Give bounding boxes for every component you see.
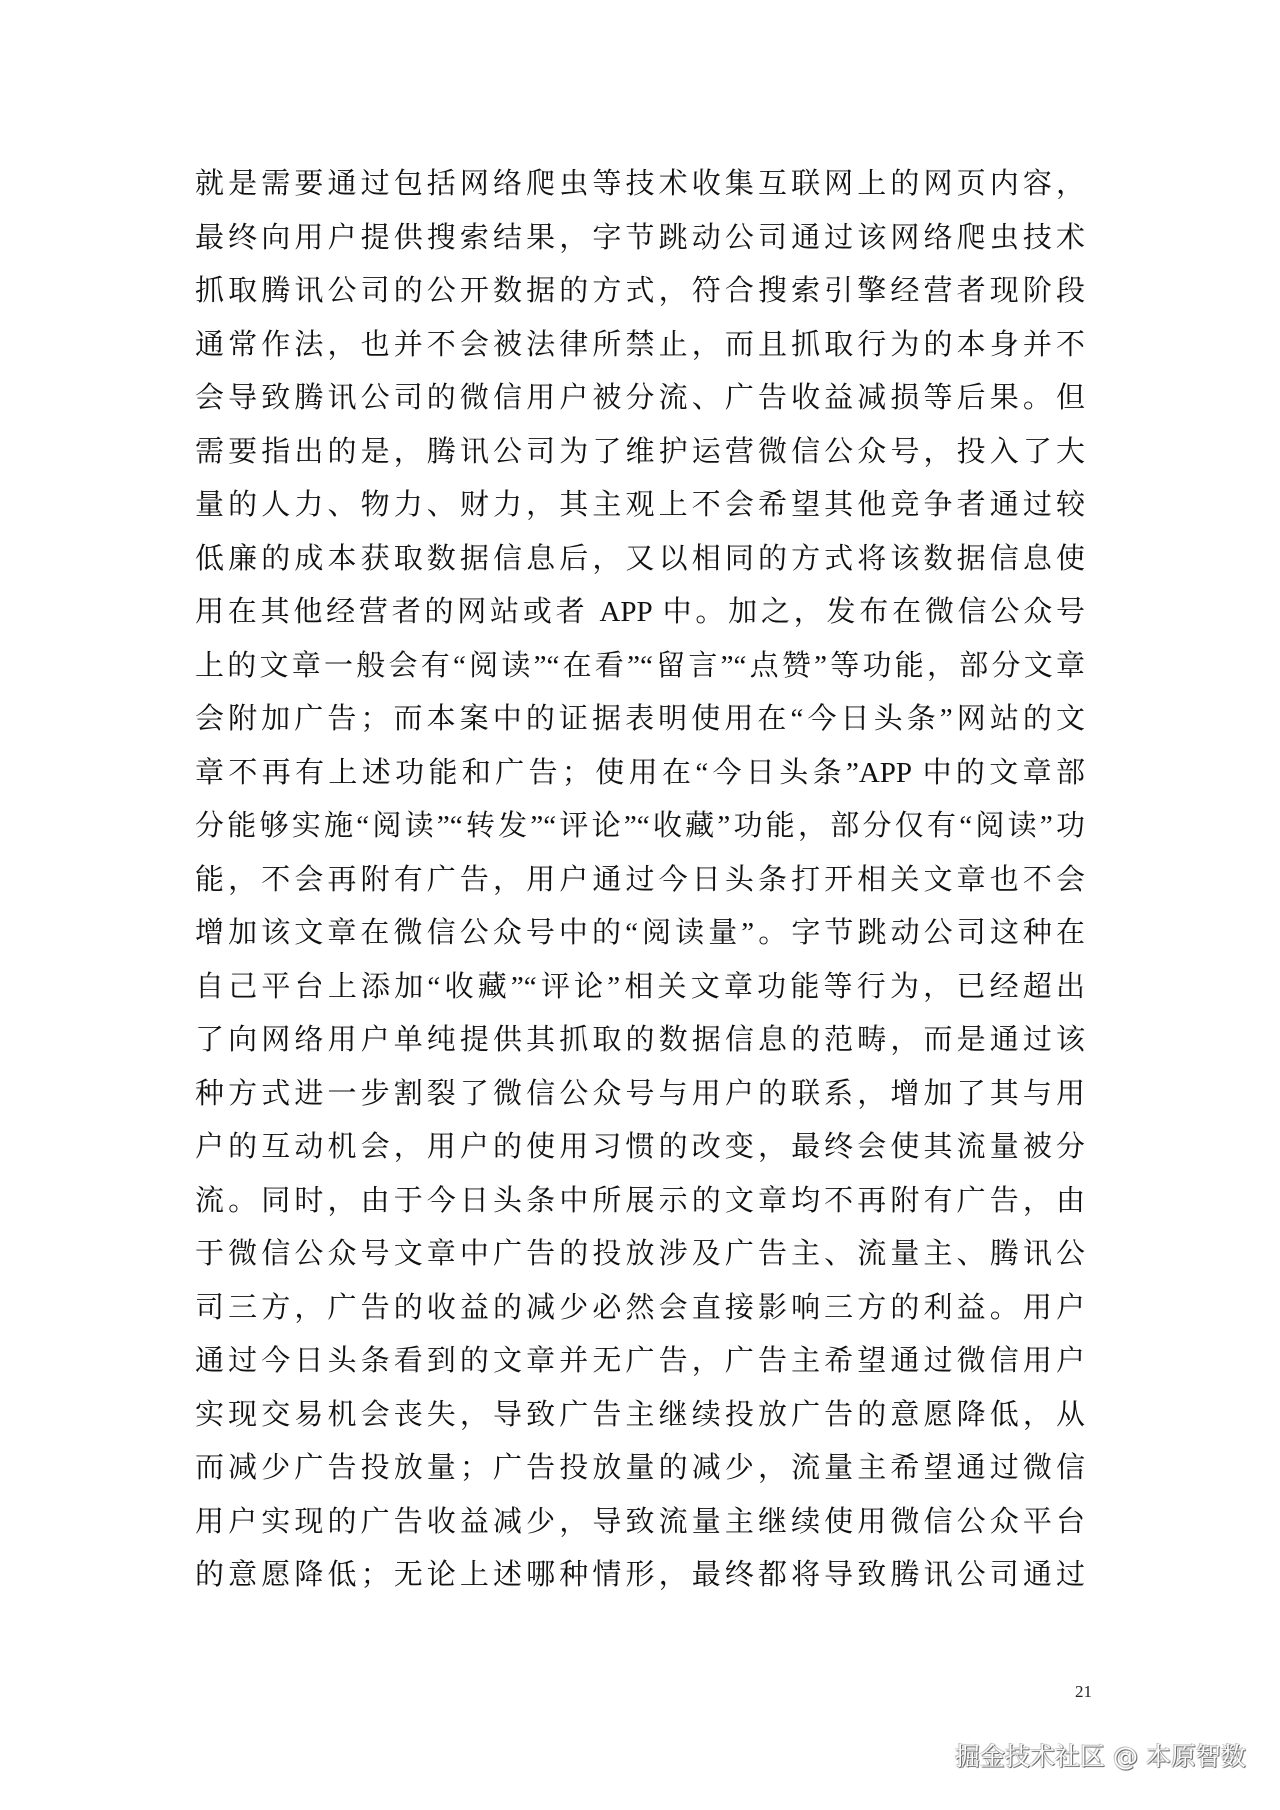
text-line: 户的互动机会，用户的使用习惯的改变，最终会使其流量被分 <box>195 1121 1085 1175</box>
text-line: 于微信公众号文章中广告的投放涉及广告主、流量主、腾讯公 <box>195 1228 1085 1282</box>
text-line: 抓取腾讯公司的公开数据的方式，符合搜索引擎经营者现阶段 <box>195 265 1085 319</box>
text-line: 用在其他经营者的网站或者 APP 中。加之，发布在微信公众号 <box>195 586 1085 640</box>
text-line: 低廉的成本获取数据信息后，又以相同的方式将该数据信息使 <box>195 533 1085 587</box>
text-line: 自己平台上添加“收藏”“评论”相关文章功能等行为，已经超出 <box>195 961 1085 1015</box>
text-line: 需要指出的是，腾讯公司为了维护运营微信公众号，投入了大 <box>195 426 1085 480</box>
text-line: 增加该文章在微信公众号中的“阅读量”。字节跳动公司这种在 <box>195 907 1085 961</box>
watermark: 掘金技术社区 @ 本原智数 <box>955 1740 1246 1774</box>
text-line: 司三方，广告的收益的减少必然会直接影响三方的利益。用户 <box>195 1282 1085 1336</box>
text-line: 量的人力、物力、财力，其主观上不会希望其他竞争者通过较 <box>195 479 1085 533</box>
text-line: 分能够实施“阅读”“转发”“评论”“收藏”功能，部分仅有“阅读”功 <box>195 800 1085 854</box>
text-line: 了向网络用户单纯提供其抓取的数据信息的范畴，而是通过该 <box>195 1014 1085 1068</box>
text-line: 实现交易机会丧失，导致广告主继续投放广告的意愿降低，从 <box>195 1389 1085 1443</box>
text-line: 用户实现的广告收益减少，导致流量主继续使用微信公众平台 <box>195 1496 1085 1550</box>
text-line: 流。同时，由于今日头条中所展示的文章均不再附有广告，由 <box>195 1175 1085 1229</box>
text-line: 通过今日头条看到的文章并无广告，广告主希望通过微信用户 <box>195 1335 1085 1389</box>
text-line: 而减少广告投放量；广告投放量的减少，流量主希望通过微信 <box>195 1442 1085 1496</box>
document-page: 就是需要通过包括网络爬虫等技术收集互联网上的网页内容， 最终向用户提供搜索结果，… <box>0 0 1280 1810</box>
text-line: 章不再有上述功能和广告；使用在“今日头条”APP 中的文章部 <box>195 747 1085 801</box>
text-line: 能，不会再附有广告，用户通过今日头条打开相关文章也不会 <box>195 854 1085 908</box>
text-line: 就是需要通过包括网络爬虫等技术收集互联网上的网页内容， <box>195 158 1085 212</box>
text-line: 上的文章一般会有“阅读”“在看”“留言”“点赞”等功能，部分文章 <box>195 640 1085 694</box>
text-line: 种方式进一步割裂了微信公众号与用户的联系，增加了其与用 <box>195 1068 1085 1122</box>
text-line: 的意愿降低；无论上述哪种情形，最终都将导致腾讯公司通过 <box>195 1549 1085 1603</box>
text-line: 最终向用户提供搜索结果，字节跳动公司通过该网络爬虫技术 <box>195 212 1085 266</box>
body-text: 就是需要通过包括网络爬虫等技术收集互联网上的网页内容， 最终向用户提供搜索结果，… <box>195 158 1085 1603</box>
text-line: 会附加广告；而本案中的证据表明使用在“今日头条”网站的文 <box>195 693 1085 747</box>
page-number: 21 <box>1062 1680 1092 1704</box>
text-line: 通常作法，也并不会被法律所禁止，而且抓取行为的本身并不 <box>195 319 1085 373</box>
text-line: 会导致腾讯公司的微信用户被分流、广告收益减损等后果。但 <box>195 372 1085 426</box>
